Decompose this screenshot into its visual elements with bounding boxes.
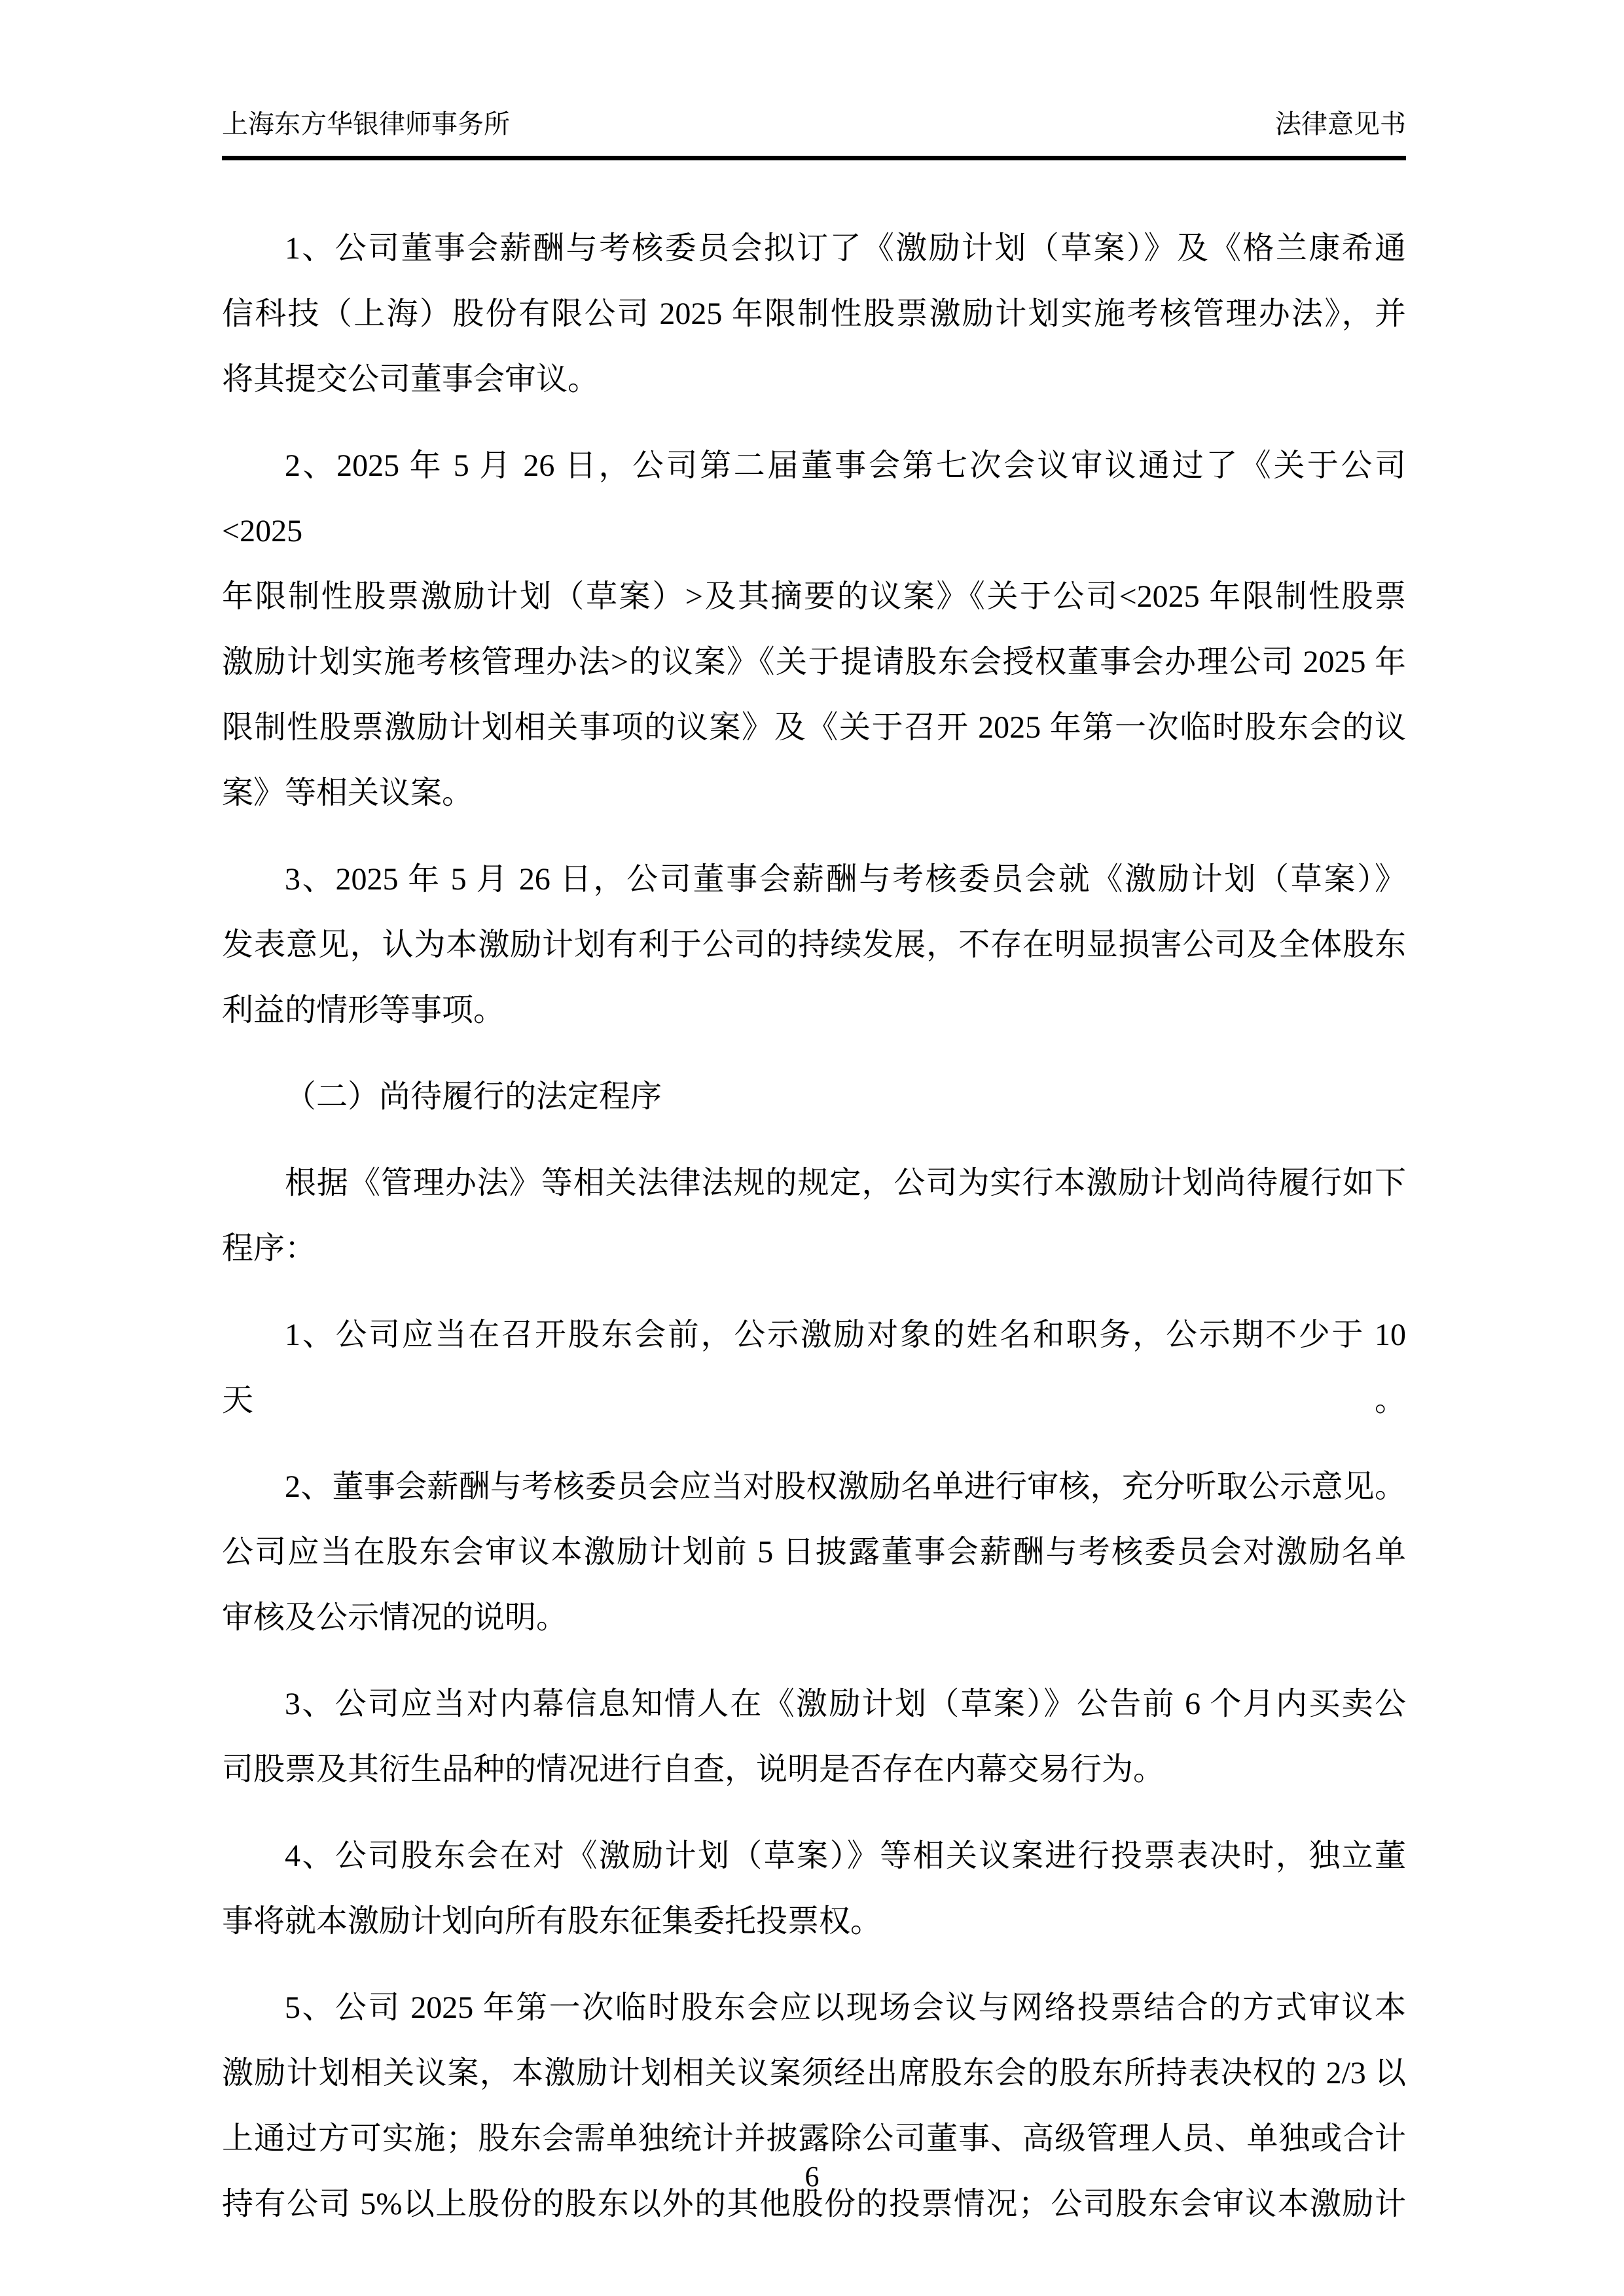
text-line: 1、公司应当在召开股东会前，公示激励对象的姓名和职务，公示期不少于 10 天。 — [222, 1302, 1406, 1433]
body-paragraph: 2、董事会薪酬与考核委员会应当对股权激励名单进行审核，充分听取公示意见。公司应当… — [222, 1454, 1406, 1651]
legal-opinion-page: 上海东方华银律师事务所 法律意见书 1、公司董事会薪酬与考核委员会拟订了《激励计… — [0, 0, 1624, 2296]
page-header: 上海东方华银律师事务所 法律意见书 — [222, 109, 1406, 140]
text-line: 3、公司应当对内幕信息知情人在《激励计划（草案）》公告前 6 个月内买卖公 — [222, 1672, 1406, 1737]
body-paragraph: 5、公司 2025 年第一次临时股东会应以现场会议与网络投票结合的方式审议本激励… — [222, 1975, 1406, 2237]
text-line: 年限制性股票激励计划（草案）>及其摘要的议案》《关于公司<2025 年限制性股票 — [222, 564, 1406, 630]
body-paragraph: 3、公司应当对内幕信息知情人在《激励计划（草案）》公告前 6 个月内买卖公司股票… — [222, 1672, 1406, 1803]
page-footer: 6 — [0, 2160, 1624, 2195]
text-line: 案》等相关议案。 — [222, 761, 1406, 826]
document-body: 1、公司董事会薪酬与考核委员会拟订了《激励计划（草案）》及《格兰康希通信科技（上… — [222, 216, 1406, 2237]
text-line: 利益的情形等事项。 — [222, 978, 1406, 1043]
header-rule — [222, 156, 1406, 160]
text-line: 信科技（上海）股份有限公司 2025 年限制性股票激励计划实施考核管理办法》，并 — [222, 281, 1406, 347]
text-line: 激励计划相关议案，本激励计划相关议案须经出席股东会的股东所持表决权的 2/3 以 — [222, 2041, 1406, 2106]
document-type-label: 法律意见书 — [1275, 109, 1406, 140]
text-line: 3、2025 年 5 月 26 日，公司董事会薪酬与考核委员会就《激励计划（草案… — [222, 847, 1406, 912]
text-line: 4、公司股东会在对《激励计划（草案）》等相关议案进行投票表决时，独立董 — [222, 1823, 1406, 1889]
body-paragraph: 3、2025 年 5 月 26 日，公司董事会薪酬与考核委员会就《激励计划（草案… — [222, 847, 1406, 1043]
body-paragraph: 1、公司董事会薪酬与考核委员会拟订了《激励计划（草案）》及《格兰康希通信科技（上… — [222, 216, 1406, 412]
text-line: 将其提交公司董事会审议。 — [222, 347, 1406, 412]
text-line: 公司应当在股东会审议本激励计划前 5 日披露董事会薪酬与考核委员会对激励名单 — [222, 1520, 1406, 1585]
text-line: 1、公司董事会薪酬与考核委员会拟订了《激励计划（草案）》及《格兰康希通 — [222, 216, 1406, 281]
text-line: 事将就本激励计划向所有股东征集委托投票权。 — [222, 1889, 1406, 1954]
text-line: 限制性股票激励计划相关事项的议案》及《关于召开 2025 年第一次临时股东会的议 — [222, 695, 1406, 761]
page-number: 6 — [805, 2161, 820, 2193]
text-line: 根据《管理办法》等相关法律法规的规定，公司为实行本激励计划尚待履行如下 — [222, 1151, 1406, 1216]
body-paragraph: 4、公司股东会在对《激励计划（草案）》等相关议案进行投票表决时，独立董事将就本激… — [222, 1823, 1406, 1954]
law-firm-name: 上海东方华银律师事务所 — [222, 109, 510, 140]
body-paragraph: 1、公司应当在召开股东会前，公示激励对象的姓名和职务，公示期不少于 10 天。 — [222, 1302, 1406, 1433]
text-line: （二）尚待履行的法定程序 — [222, 1064, 1406, 1130]
text-line: 发表意见，认为本激励计划有利于公司的持续发展，不存在明显损害公司及全体股东 — [222, 912, 1406, 978]
text-line: 2、2025 年 5 月 26 日，公司第二届董事会第七次会议审议通过了《关于公… — [222, 433, 1406, 564]
text-line: 5、公司 2025 年第一次临时股东会应以现场会议与网络投票结合的方式审议本 — [222, 1975, 1406, 2041]
text-line: 司股票及其衍生品种的情况进行自查，说明是否存在内幕交易行为。 — [222, 1737, 1406, 1803]
body-paragraph: 2、2025 年 5 月 26 日，公司第二届董事会第七次会议审议通过了《关于公… — [222, 433, 1406, 826]
text-line: 2、董事会薪酬与考核委员会应当对股权激励名单进行审核，充分听取公示意见。 — [222, 1454, 1406, 1520]
text-line: 审核及公示情况的说明。 — [222, 1585, 1406, 1651]
body-paragraph: 根据《管理办法》等相关法律法规的规定，公司为实行本激励计划尚待履行如下程序： — [222, 1151, 1406, 1282]
text-line: 激励计划实施考核管理办法>的议案》《关于提请股东会授权董事会办理公司 2025 … — [222, 630, 1406, 695]
section-heading: （二）尚待履行的法定程序 — [222, 1064, 1406, 1130]
text-line: 程序： — [222, 1216, 1406, 1282]
